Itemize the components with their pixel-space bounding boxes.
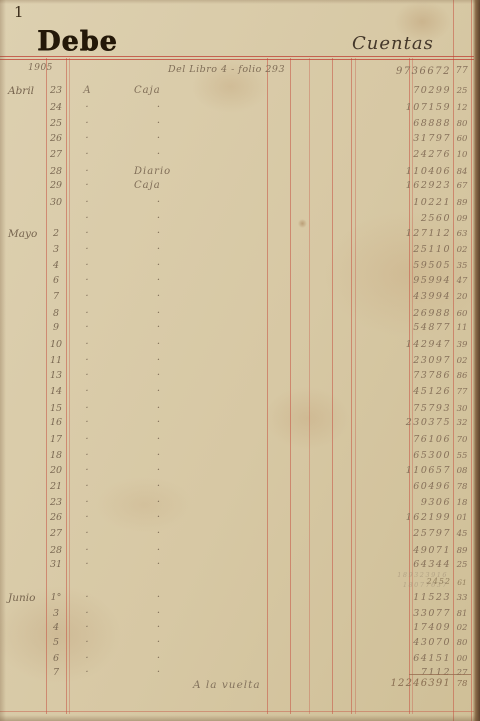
- entry-cents: 01: [454, 513, 470, 523]
- entry-description: ·: [152, 355, 166, 366]
- entry-ref: ·: [80, 180, 94, 191]
- ledger-row: 24··10715912: [0, 102, 480, 117]
- entry-day: 7: [46, 291, 66, 302]
- entry-cents: 86: [454, 371, 470, 381]
- entry-ref: ·: [80, 355, 94, 366]
- entry-description: ·: [152, 528, 166, 539]
- entry-ref: ·: [80, 403, 94, 414]
- ledger-row: 30··1022189: [0, 197, 480, 212]
- entry-day: 31: [46, 559, 66, 570]
- ledger-row: 5··4307080: [0, 637, 480, 652]
- page-bottom-edge: [0, 715, 480, 721]
- entry-cents: 18: [454, 498, 470, 508]
- entry-ref: ·: [80, 260, 94, 271]
- entry-ref: ·: [80, 622, 94, 633]
- entry-ref: ·: [80, 481, 94, 492]
- entry-description: ·: [152, 275, 166, 286]
- entry-cents: 70: [454, 435, 470, 445]
- entry-cents: 81: [454, 609, 470, 619]
- entry-day: 4: [46, 260, 66, 271]
- ledger-row: 20··11065708: [0, 465, 480, 480]
- ledger-row: 3··3307781: [0, 608, 480, 623]
- entry-description: ·: [152, 450, 166, 461]
- entry-description: ·: [152, 118, 166, 129]
- entry-amount: 26988: [413, 308, 451, 319]
- entry-day: 29: [46, 180, 66, 191]
- entry-ref: ·: [80, 667, 94, 678]
- entry-description: ·: [152, 481, 166, 492]
- entry-description: ·: [152, 559, 166, 570]
- ledger-row: 6··9599447: [0, 275, 480, 290]
- debit-title: Debe: [37, 26, 118, 57]
- entry-description: ·: [152, 417, 166, 428]
- entry-amount: 25797: [413, 528, 451, 539]
- entry-ref: ·: [80, 322, 94, 333]
- year-label: 1905: [28, 63, 53, 73]
- entry-day: 30: [46, 197, 66, 208]
- entry-amount: 230375: [406, 417, 451, 428]
- entry-description: ·: [152, 653, 166, 664]
- ledger-row: 28·Diario11040684: [0, 166, 480, 181]
- entry-amount: 162199: [406, 512, 451, 523]
- carried-to-next-page-note: A la vuelta: [193, 679, 261, 691]
- entry-day: 6: [46, 275, 66, 286]
- entry-cents: 08: [454, 466, 470, 476]
- entry-cents: 09: [454, 214, 470, 224]
- entry-ref: ·: [80, 592, 94, 603]
- entry-cents: 80: [454, 119, 470, 129]
- entry-month: Abril: [8, 85, 34, 97]
- entry-amount: 70299: [413, 85, 451, 96]
- ledger-row: 18··6530055: [0, 450, 480, 465]
- ledger-row: 26··3179760: [0, 133, 480, 148]
- ledger-row: ··256009: [0, 213, 480, 228]
- ledger-row: 25··6888880: [0, 118, 480, 133]
- header-rule: [0, 59, 474, 60]
- ledger-row: 27··2579745: [0, 528, 480, 543]
- entry-month: Mayo: [8, 228, 37, 240]
- entry-description: ·: [152, 102, 166, 113]
- entry-description: ·: [152, 403, 166, 414]
- entry-ref: ·: [80, 244, 94, 255]
- entry-amount: 2560: [421, 213, 451, 224]
- entry-cents: 30: [454, 404, 470, 414]
- entry-ref: ·: [80, 118, 94, 129]
- entry-amount: 110657: [406, 465, 451, 476]
- entry-amount: 45126: [413, 386, 451, 397]
- entry-cents: 35: [454, 261, 470, 271]
- ledger-row: 13··7378686: [0, 370, 480, 385]
- entry-day: 20: [46, 465, 66, 476]
- entry-amount: 24276: [413, 149, 451, 160]
- entry-day: 15: [46, 403, 66, 414]
- entry-day: 3: [46, 244, 66, 255]
- entry-amount: 25110: [413, 244, 451, 255]
- entry-amount: 75793: [413, 403, 451, 414]
- entry-description: ·: [152, 133, 166, 144]
- entry-description: ·: [152, 260, 166, 271]
- entry-description: ·: [152, 370, 166, 381]
- entry-ref: ·: [80, 149, 94, 160]
- entry-description: ·: [152, 197, 166, 208]
- entry-day: 6: [46, 653, 66, 664]
- ledger-row: 6··6415100: [0, 653, 480, 668]
- entry-amount: 49071: [413, 545, 451, 556]
- bleed-through-digits: 18077637: [403, 581, 448, 589]
- entry-cents: 84: [454, 167, 470, 177]
- entry-cents: 78: [454, 482, 470, 492]
- entry-ref: ·: [80, 608, 94, 619]
- entry-ref: ·: [80, 228, 94, 239]
- entry-cents: 60: [454, 309, 470, 319]
- ledger-row: Abril23ACaja7029925: [0, 85, 480, 100]
- entry-cents: 89: [454, 546, 470, 556]
- entry-amount: 110406: [406, 166, 451, 177]
- entry-amount: 64344: [413, 559, 451, 570]
- ledger-row: 27··2427610: [0, 149, 480, 164]
- entry-ref: A: [80, 85, 94, 96]
- entry-cents: 12: [454, 103, 470, 113]
- ledger-row: 11··2309702: [0, 355, 480, 370]
- entry-ref: ·: [80, 559, 94, 570]
- ledger-row: 16··23037532: [0, 417, 480, 432]
- entry-amount: 142947: [406, 339, 451, 350]
- ledger-row: Mayo2··12711263: [0, 228, 480, 243]
- entry-ref: ·: [80, 291, 94, 302]
- entry-amount: 162923: [406, 180, 451, 191]
- entry-cents: 55: [454, 451, 470, 461]
- entry-cents: 20: [454, 292, 470, 302]
- entry-description: ·: [152, 592, 166, 603]
- entry-cents: 10: [454, 150, 470, 160]
- entry-day: 3: [46, 608, 66, 619]
- entry-day: 25: [46, 118, 66, 129]
- entry-day: 13: [46, 370, 66, 381]
- entry-cents: 25: [454, 86, 470, 96]
- entry-ref: ·: [80, 213, 94, 224]
- entry-description: ·: [152, 667, 166, 678]
- page-number: 1: [14, 3, 24, 21]
- entry-day: 5: [46, 637, 66, 648]
- entry-amount: 33077: [413, 608, 451, 619]
- entry-description: ·: [152, 434, 166, 445]
- entry-amount: 59505: [413, 260, 451, 271]
- entry-ref: ·: [80, 653, 94, 664]
- entry-ref: ·: [80, 637, 94, 648]
- entry-cents: 02: [454, 356, 470, 366]
- entry-ref: ·: [80, 370, 94, 381]
- entry-ref: ·: [80, 133, 94, 144]
- entry-day: 11: [46, 355, 66, 366]
- entry-day: 10: [46, 339, 66, 350]
- entry-ref: ·: [80, 497, 94, 508]
- entry-description: ·: [152, 608, 166, 619]
- entry-ref: ·: [80, 197, 94, 208]
- ledger-row: 21··6049678: [0, 481, 480, 496]
- entry-cents: 63: [454, 229, 470, 239]
- page-total-cents: 78: [454, 679, 470, 689]
- ledger-row: 3··2511002: [0, 244, 480, 259]
- entry-cents: 80: [454, 638, 470, 648]
- entry-cents: 33: [454, 593, 470, 603]
- entry-description: ·: [152, 308, 166, 319]
- entry-description: Diario: [134, 166, 171, 177]
- entry-cents: 77: [454, 387, 470, 397]
- entry-cents: 39: [454, 340, 470, 350]
- entry-description: ·: [152, 465, 166, 476]
- entry-cents: 11: [454, 323, 470, 333]
- entry-day: 18: [46, 450, 66, 461]
- page-left-edge: [0, 0, 6, 721]
- entry-day: 23: [46, 497, 66, 508]
- entry-description: ·: [152, 339, 166, 350]
- entry-day: 27: [46, 528, 66, 539]
- entry-day: 14: [46, 386, 66, 397]
- entry-cents: 32: [454, 418, 470, 428]
- entry-day: 2: [46, 228, 66, 239]
- ledger-row: 14··4512677: [0, 386, 480, 401]
- entry-day: 9: [46, 322, 66, 333]
- ledger-page: 1 Debe Cuentas 1905 Del Libro 4 - folio …: [0, 0, 480, 721]
- entry-ref: ·: [80, 308, 94, 319]
- entry-day: 23: [46, 85, 66, 96]
- entry-description: ·: [152, 149, 166, 160]
- entry-ref: ·: [80, 528, 94, 539]
- entry-day: 4: [46, 622, 66, 633]
- ledger-row: 10··14294739: [0, 339, 480, 354]
- entry-day: 17: [46, 434, 66, 445]
- entry-day: 21: [46, 481, 66, 492]
- ledger-row: 4··5950535: [0, 260, 480, 275]
- entry-description: ·: [152, 244, 166, 255]
- entry-ref: ·: [80, 339, 94, 350]
- ledger-row: 4··1740902: [0, 622, 480, 637]
- entry-day: 27: [46, 149, 66, 160]
- entry-cents: 45: [454, 529, 470, 539]
- entry-day: 26: [46, 512, 66, 523]
- page-right-edge: [473, 0, 480, 721]
- entry-day: 24: [46, 102, 66, 113]
- entry-amount: 107159: [406, 102, 451, 113]
- ledger-row: 26··16219901: [0, 512, 480, 527]
- footer-rule: [0, 711, 474, 712]
- carry-forward-note: Del Libro 4 - folio 293: [168, 64, 285, 75]
- total-rule: [409, 674, 471, 675]
- entry-day: 8: [46, 308, 66, 319]
- entry-ref: ·: [80, 102, 94, 113]
- entry-ref: ·: [80, 545, 94, 556]
- ledger-row: 17··7610670: [0, 434, 480, 449]
- entry-ref: ·: [80, 450, 94, 461]
- entry-description: Caja: [134, 85, 161, 96]
- entry-ref: ·: [80, 434, 94, 445]
- ledger-row: 29·Caja16292367: [0, 180, 480, 195]
- entry-ref: ·: [80, 275, 94, 286]
- page-total-amount: 12246391: [391, 678, 452, 689]
- entry-cents: 47: [454, 276, 470, 286]
- entry-ref: ·: [80, 465, 94, 476]
- entry-description: ·: [152, 386, 166, 397]
- entry-cents: 27: [454, 668, 470, 678]
- ledger-row: 15··7579330: [0, 403, 480, 418]
- entry-amount: 9306: [421, 497, 451, 508]
- ledger-row: 9··5487711: [0, 322, 480, 337]
- entry-cents: 25: [454, 560, 470, 570]
- entry-cents: 89: [454, 198, 470, 208]
- entry-day: 26: [46, 133, 66, 144]
- entry-cents: 02: [454, 245, 470, 255]
- entry-amount: 10221: [413, 197, 451, 208]
- entry-amount: 43994: [413, 291, 451, 302]
- entry-amount: 76106: [413, 434, 451, 445]
- entry-amount: 54877: [413, 322, 451, 333]
- entry-description: ·: [152, 622, 166, 633]
- entry-description: ·: [152, 228, 166, 239]
- entry-day: 28: [46, 545, 66, 556]
- carry-forward-amount: 9736672: [396, 66, 451, 77]
- entry-description: Caja: [134, 180, 161, 191]
- entry-amount: 127112: [406, 228, 451, 239]
- entry-amount: 64151: [413, 653, 451, 664]
- entry-amount: 43070: [413, 637, 451, 648]
- entry-amount: 23097: [413, 355, 451, 366]
- entry-cents: 02: [454, 623, 470, 633]
- entry-amount: 17409: [413, 622, 451, 633]
- ledger-row: 7··4399420: [0, 291, 480, 306]
- entry-description: ·: [152, 322, 166, 333]
- entry-ref: ·: [80, 386, 94, 397]
- entry-description: ·: [152, 213, 166, 224]
- entry-amount: 11523: [413, 592, 451, 603]
- entry-description: ·: [152, 497, 166, 508]
- entry-amount: 65300: [413, 450, 451, 461]
- entry-ref: ·: [80, 166, 94, 177]
- entry-month: Junio: [8, 592, 35, 604]
- entry-amount: 73786: [413, 370, 451, 381]
- ledger-row: Junio1°··1152333: [0, 592, 480, 607]
- entry-day: 28: [46, 166, 66, 177]
- ledger-row: 28··4907189: [0, 545, 480, 560]
- ledger-row: 8··2698860: [0, 308, 480, 323]
- entry-day: 16: [46, 417, 66, 428]
- entry-description: ·: [152, 291, 166, 302]
- entry-amount: 7112: [421, 667, 451, 678]
- entry-description: ·: [152, 545, 166, 556]
- entry-ref: ·: [80, 512, 94, 523]
- page-top-edge: [0, 0, 480, 4]
- entry-amount: 95994: [413, 275, 451, 286]
- entry-day: 1°: [46, 592, 66, 603]
- entry-cents: 60: [454, 134, 470, 144]
- entry-ref: ·: [80, 417, 94, 428]
- ledger-row: 23··930618: [0, 497, 480, 512]
- entry-cents: 67: [454, 181, 470, 191]
- entry-cents: 00: [454, 654, 470, 664]
- entry-amount: 60496: [413, 481, 451, 492]
- accounts-title: Cuentas: [352, 33, 434, 54]
- entry-amount: 31797: [413, 133, 451, 144]
- entry-amount: 68888: [413, 118, 451, 129]
- carry-forward-cents: 77: [454, 66, 470, 76]
- entry-day: 7: [46, 667, 66, 678]
- entry-description: ·: [152, 637, 166, 648]
- entry-description: ·: [152, 512, 166, 523]
